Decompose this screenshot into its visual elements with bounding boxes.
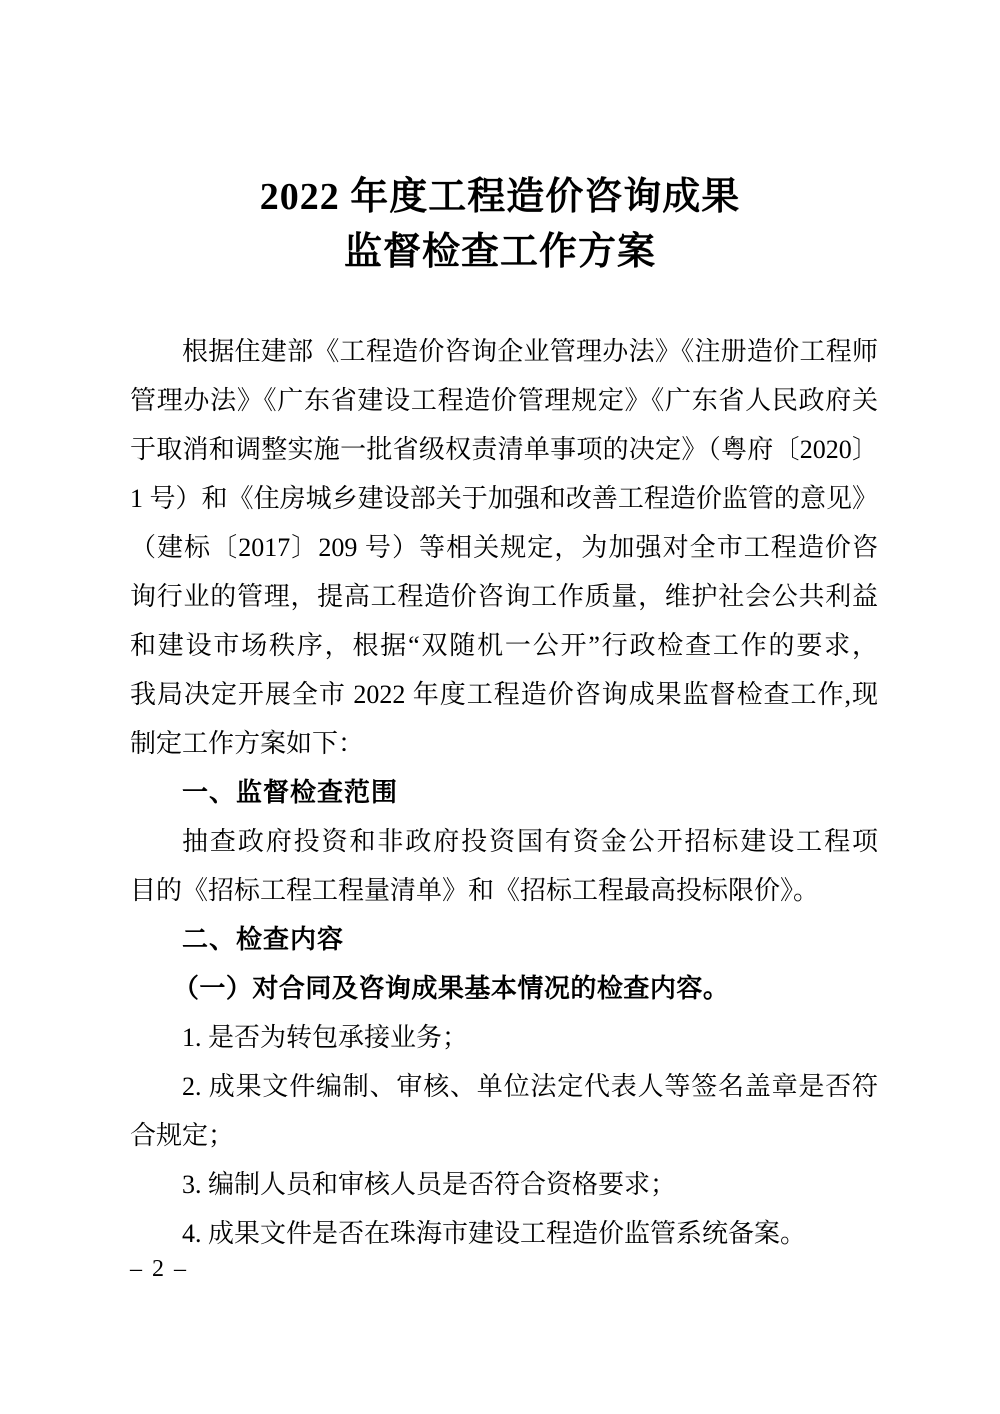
document-line: 1. 是否为转包承接业务； <box>130 1013 878 1062</box>
document-title: 2022 年度工程造价咨询成果 监督检查工作方案 <box>0 0 1000 280</box>
document-line: 制定工作方案如下： <box>130 719 878 768</box>
document-line: 1 号）和《住房城乡建设部关于加强和改善工程造价监管的意见》 <box>130 474 878 523</box>
document-page: 2022 年度工程造价咨询成果 监督检查工作方案 根据住建部《工程造价咨询企业管… <box>0 0 1000 1414</box>
document-line: 抽查政府投资和非政府投资国有资金公开招标建设工程项 <box>130 817 878 866</box>
document-line: 目的《招标工程工程量清单》和《招标工程最高投标限价》。 <box>130 866 878 915</box>
document-line: （一）对合同及咨询成果基本情况的检查内容。 <box>130 964 878 1013</box>
document-line: 根据住建部《工程造价咨询企业管理办法》《注册造价工程师 <box>130 327 878 376</box>
document-line: 和建设市场秩序，根据“双随机一公开”行政检查工作的要求， <box>130 621 878 670</box>
title-line-1: 2022 年度工程造价咨询成果 <box>0 170 1000 225</box>
document-line: 二、检查内容 <box>130 915 878 964</box>
document-line: 2. 成果文件编制、审核、单位法定代表人等签名盖章是否符 <box>130 1062 878 1111</box>
document-line: （建标〔2017〕209 号）等相关规定，为加强对全市工程造价咨 <box>130 523 878 572</box>
document-line: 3. 编制人员和审核人员是否符合资格要求； <box>130 1160 878 1209</box>
document-line: 合规定； <box>130 1111 878 1160</box>
document-line: 管理办法》《广东省建设工程造价管理规定》《广东省人民政府关 <box>130 376 878 425</box>
document-line: 4. 成果文件是否在珠海市建设工程造价监管系统备案。 <box>130 1209 878 1258</box>
document-line: 一、监督检查范围 <box>130 768 878 817</box>
page-number: – 2 – <box>130 1256 188 1283</box>
document-line: 我局决定开展全市 2022 年度工程造价咨询成果监督检查工作,现 <box>130 670 878 719</box>
document-line: 询行业的管理，提高工程造价咨询工作质量，维护社会公共利益 <box>130 572 878 621</box>
title-line-2: 监督检查工作方案 <box>0 225 1000 280</box>
document-line: 于取消和调整实施一批省级权责清单事项的决定》（粤府〔2020〕 <box>130 425 878 474</box>
document-body: 根据住建部《工程造价咨询企业管理办法》《注册造价工程师管理办法》《广东省建设工程… <box>130 327 878 1258</box>
